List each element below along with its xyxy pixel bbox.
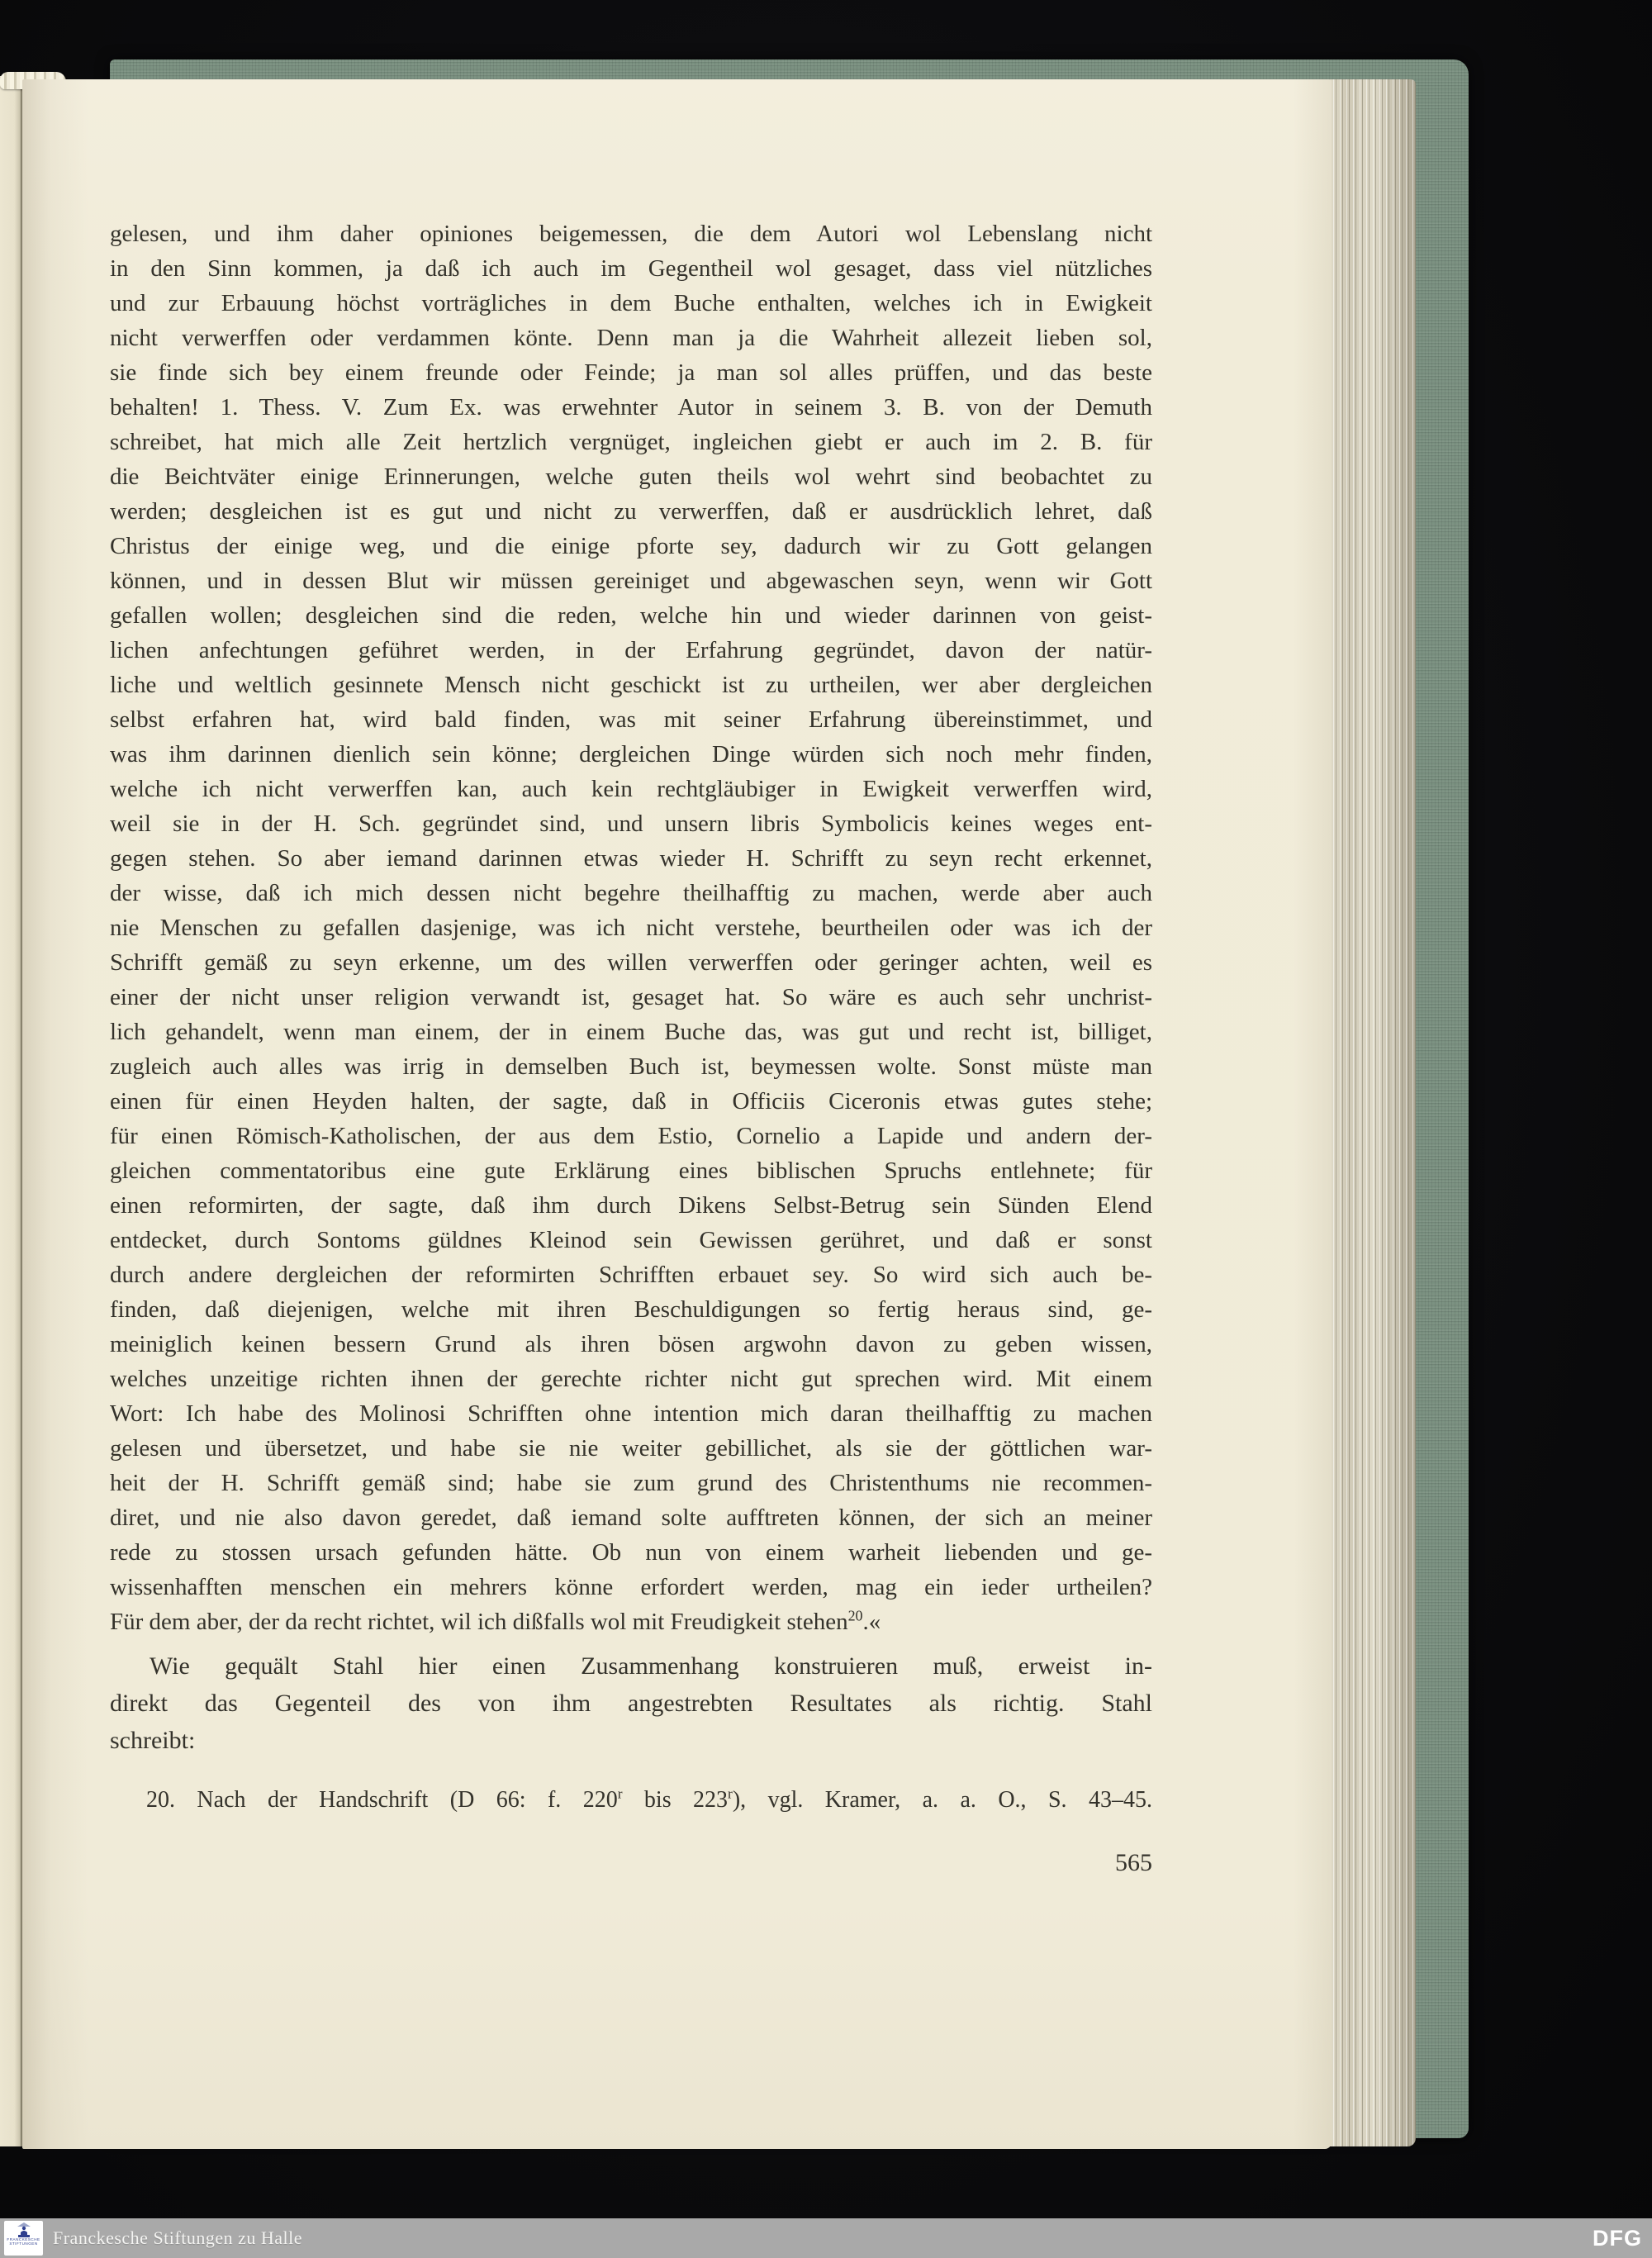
institution-name: Franckesche Stiftungen zu Halle bbox=[53, 2218, 302, 2258]
text-line: wissenhafften menschen ein mehrers könne… bbox=[110, 1570, 1152, 1604]
text-line: sie finde sich bey einem freunde oder Fe… bbox=[110, 355, 1152, 390]
text-line: direkt das Gegenteil des von ihm angestr… bbox=[110, 1685, 1152, 1722]
text-line: Wort: Ich habe des Molinosi Schrifften o… bbox=[110, 1396, 1152, 1431]
page-text-block: gelesen, und ihm daher opiniones beigeme… bbox=[110, 216, 1152, 1880]
page-number: 565 bbox=[110, 1847, 1152, 1880]
text-line: heit der H. Schrifft gemäß sind; habe si… bbox=[110, 1466, 1152, 1500]
text-line: werden; desgleichen ist es gut und nicht… bbox=[110, 494, 1152, 529]
dfg-logo[interactable]: DFG bbox=[1593, 2218, 1642, 2258]
text-line: schreibt: bbox=[110, 1722, 1152, 1759]
text-line: lichen anfechtungen geführet werden, in … bbox=[110, 633, 1152, 668]
text-line: nie Menschen zu gefallen dasjenige, was … bbox=[110, 910, 1152, 945]
text-line: selbst erfahren hat, wird bald finden, w… bbox=[110, 702, 1152, 737]
text-line: behalten! 1. Thess. V. Zum Ex. was erweh… bbox=[110, 390, 1152, 425]
text-line: können, und in dessen Blut wir müssen ge… bbox=[110, 563, 1152, 598]
paragraph: Wie gequält Stahl hier einen Zusammenhan… bbox=[110, 1647, 1152, 1759]
text-line: einen reformirten, der sagte, daß ihm du… bbox=[110, 1188, 1152, 1223]
text-line: für einen Römisch-Katholischen, der aus … bbox=[110, 1119, 1152, 1153]
page-stack-fore-edge bbox=[1320, 79, 1416, 2146]
logo-text-line2: STIFTUNGEN bbox=[9, 2241, 37, 2246]
text-line: gefallen wollen; desgleichen sind die re… bbox=[110, 598, 1152, 633]
text-line: welches unzeitige richten ihnen der gere… bbox=[110, 1362, 1152, 1396]
text-line: schreibet, hat mich alle Zeit hertzlich … bbox=[110, 425, 1152, 459]
text-line: Für dem aber, der da recht richtet, wil … bbox=[110, 1604, 1152, 1639]
franckesche-stiftungen-logo[interactable]: FRANCKESCHE STIFTUNGEN bbox=[4, 2221, 43, 2256]
viewer-footer-bar: FRANCKESCHE STIFTUNGEN Franckesche Stift… bbox=[0, 2218, 1652, 2258]
text-line: gleichen commentatoribus eine gute Erklä… bbox=[110, 1153, 1152, 1188]
scanned-book-photo: gelesen, und ihm daher opiniones beigeme… bbox=[0, 0, 1652, 2258]
text-line: gelesen, und ihm daher opiniones beigeme… bbox=[110, 216, 1152, 251]
text-line: finden, daß diejenigen, welche mit ihren… bbox=[110, 1292, 1152, 1327]
text-line: meiniglich keinen bessern Grund als ihre… bbox=[110, 1327, 1152, 1362]
text-line: der wisse, daß ich mich dessen nicht beg… bbox=[110, 876, 1152, 910]
text-line: zugleich auch alles was irrig in demselb… bbox=[110, 1049, 1152, 1084]
text-line: Schrifft gemäß zu seyn erkenne, um des w… bbox=[110, 945, 1152, 980]
text-line: gelesen und übersetzet, und habe sie nie… bbox=[110, 1431, 1152, 1466]
text-line: und zur Erbauung höchst vorträgliches in… bbox=[110, 286, 1152, 321]
franckesche-emblem-icon bbox=[15, 2222, 33, 2237]
text-line: lich gehandelt, wenn man einem, der in e… bbox=[110, 1015, 1152, 1049]
text-line: welche ich nicht verwerffen kan, auch ke… bbox=[110, 772, 1152, 806]
text-line: diret, und nie also davon geredet, daß i… bbox=[110, 1500, 1152, 1535]
text-line: liche und weltlich gesinnete Mensch nich… bbox=[110, 668, 1152, 702]
text-line: rede zu stossen ursach gefunden hätte. O… bbox=[110, 1535, 1152, 1570]
text-line: durch andere dergleichen der reformirten… bbox=[110, 1257, 1152, 1292]
text-line: entdecket, durch Sontoms güldnes Kleinod… bbox=[110, 1223, 1152, 1257]
text-line: einer der nicht unser religion verwandt … bbox=[110, 980, 1152, 1015]
text-line: weil sie in der H. Sch. gegründet sind, … bbox=[110, 806, 1152, 841]
text-line: in den Sinn kommen, ja daß ich auch im G… bbox=[110, 251, 1152, 286]
text-line: was ihm darinnen dienlich sein könne; de… bbox=[110, 737, 1152, 772]
blockquote: gelesen, und ihm daher opiniones beigeme… bbox=[110, 216, 1152, 1639]
text-line: einen für einen Heyden halten, der sagte… bbox=[110, 1084, 1152, 1119]
text-line: Christus der einige weg, und die einige … bbox=[110, 529, 1152, 563]
text-line: nicht verwerffen oder verdammen könte. D… bbox=[110, 321, 1152, 355]
footnote-20: 20. Nach der Handschrift (D 66: f. 220r … bbox=[110, 1784, 1152, 1817]
text-line: Wie gequält Stahl hier einen Zusammenhan… bbox=[110, 1647, 1152, 1685]
text-line: die Beichtväter einige Erinnerungen, wel… bbox=[110, 459, 1152, 494]
facing-page-edge bbox=[0, 76, 22, 2146]
text-line: gegen stehen. So aber iemand darinnen et… bbox=[110, 841, 1152, 876]
